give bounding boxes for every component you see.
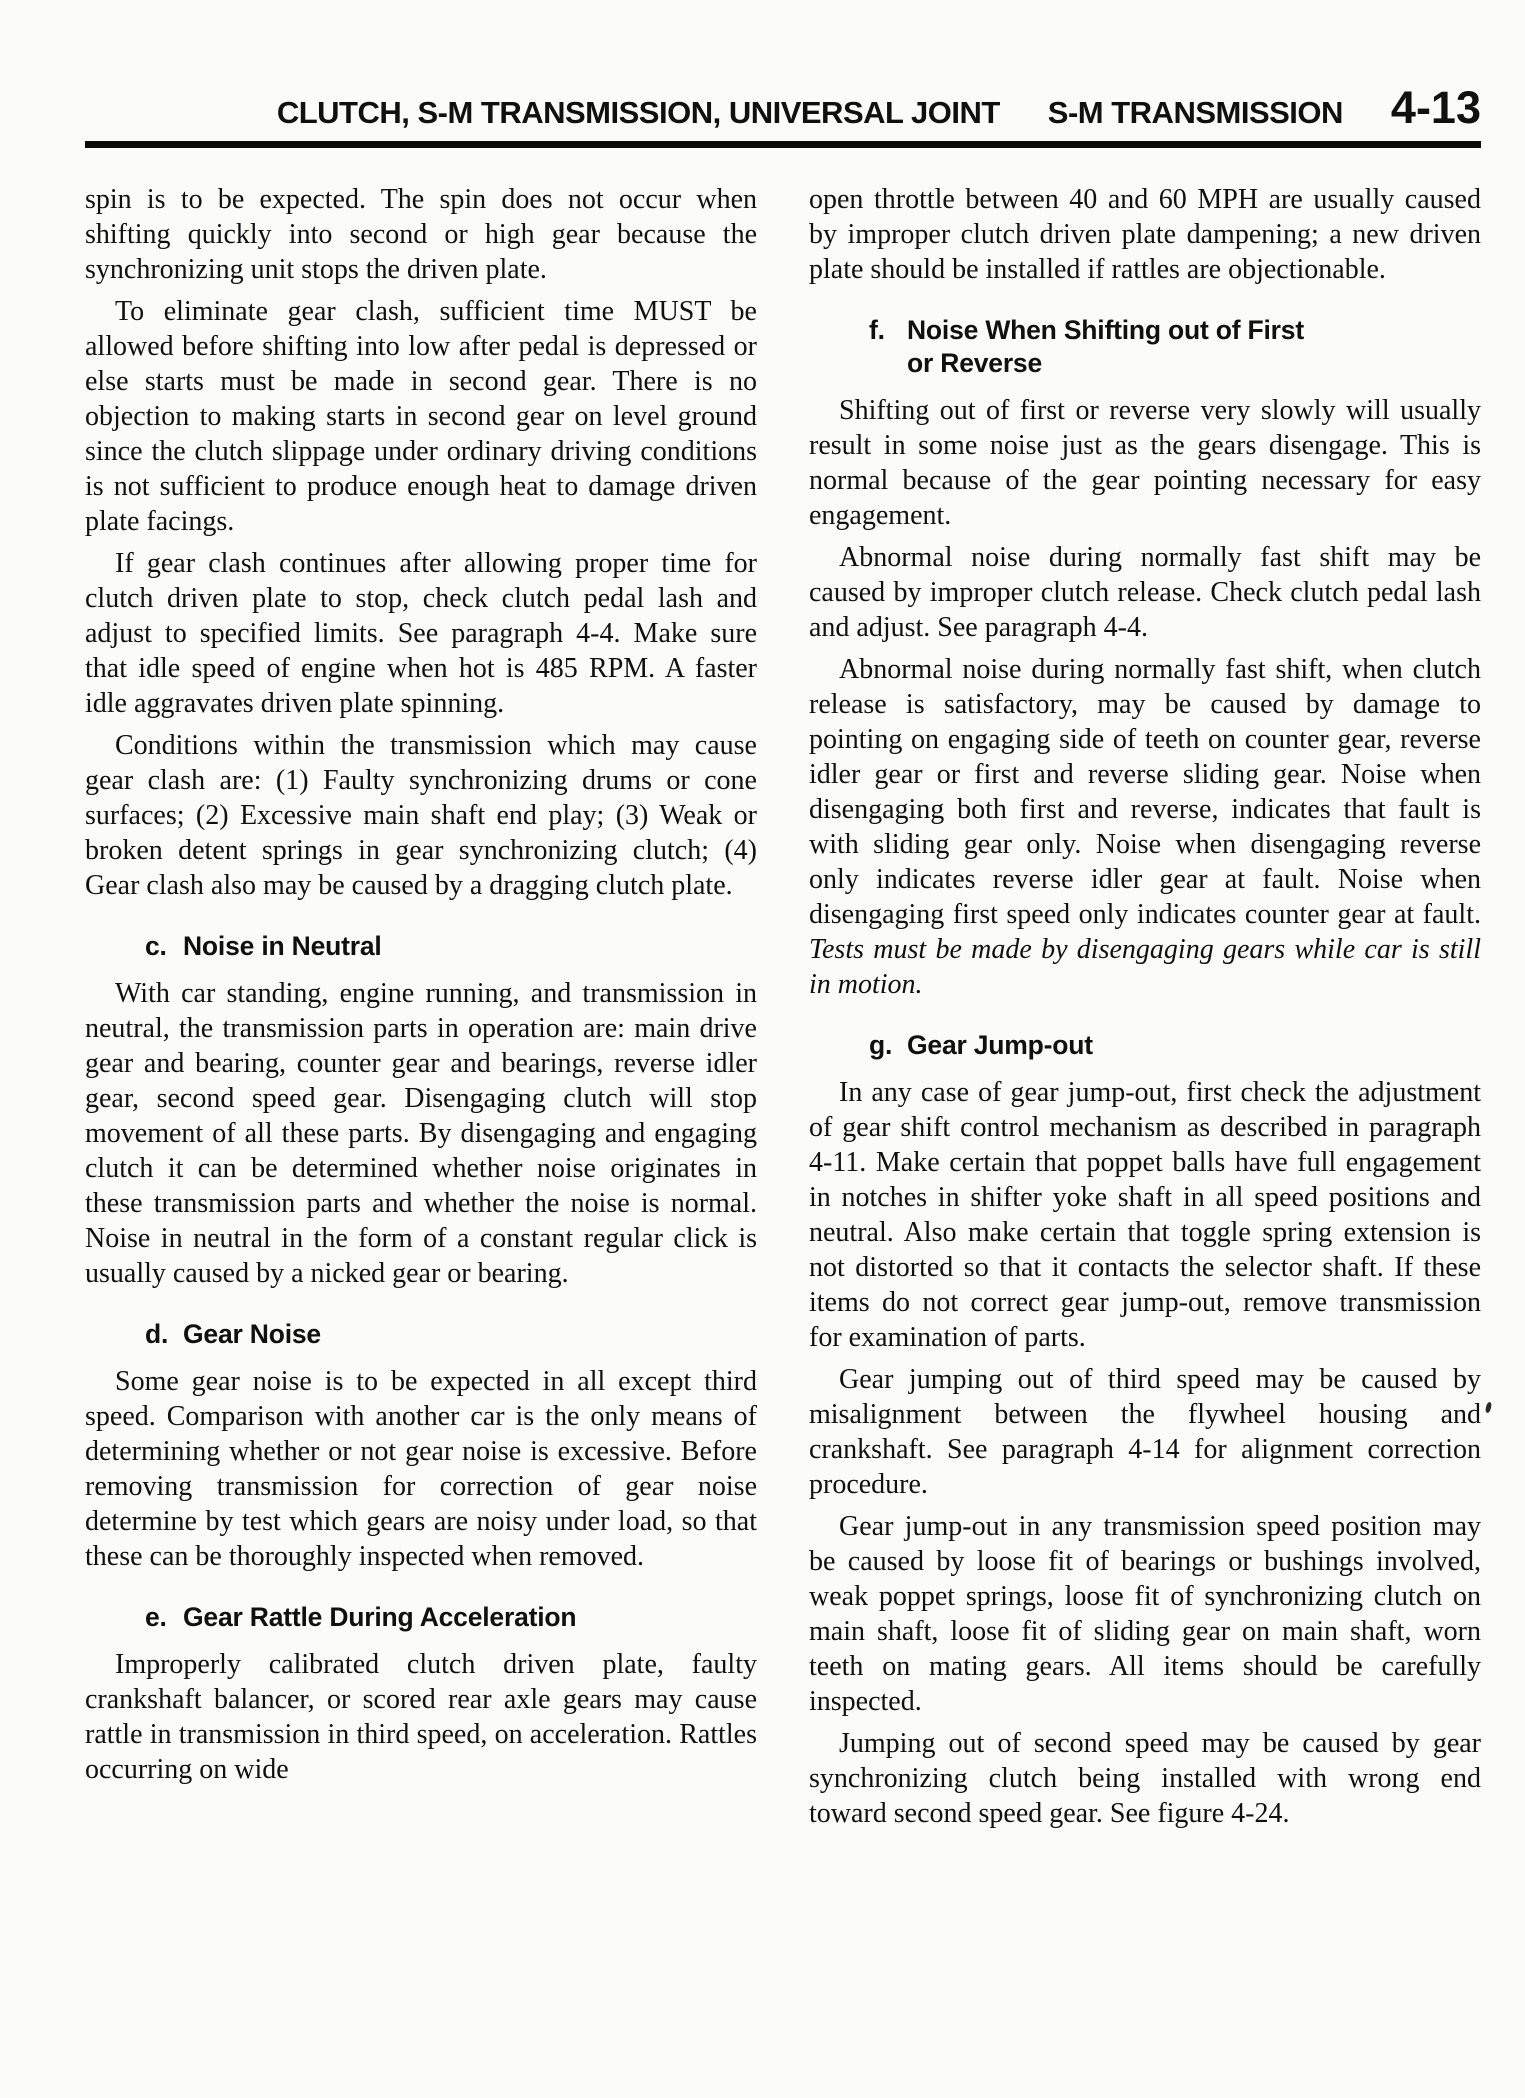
section-heading-gear-noise: d.Gear Noise xyxy=(85,1318,757,1351)
paragraph-abnormal-noise-2-text: Abnormal noise during normally fast shif… xyxy=(809,654,1481,930)
paragraph-abnormal-noise-2-italic: Tests must be made by disengaging gears … xyxy=(809,934,1481,1000)
section-heading-gear-rattle: e.Gear Rattle During Acceleration xyxy=(85,1601,757,1634)
paragraph-some-gear-noise: Some gear noise is to be expected in all… xyxy=(85,1364,757,1574)
paragraph-second-speed-jump-out: Jumping out of second speed may be cause… xyxy=(809,1726,1481,1831)
paragraph-third-speed-jump-out: Gear jumping out of third speed may be c… xyxy=(809,1362,1481,1502)
section-title: Gear Rattle During Acceleration xyxy=(183,1602,576,1632)
paragraph-abnormal-noise-2: Abnormal noise during normally fast shif… xyxy=(809,652,1481,1002)
paragraph-with-car-standing: With car standing, engine running, and t… xyxy=(85,976,757,1291)
header-chapter-title: CLUTCH, S-M TRANSMISSION, UNIVERSAL JOIN… xyxy=(277,95,1000,131)
page-header: CLUTCH, S-M TRANSMISSION, UNIVERSAL JOIN… xyxy=(85,82,1481,148)
right-column: open throttle between 40 and 60 MPH are … xyxy=(809,182,1481,1838)
section-heading-gear-jump-out: g.Gear Jump-out xyxy=(809,1029,1481,1062)
paragraph-any-speed-jump-out: Gear jump-out in any transmission speed … xyxy=(809,1509,1481,1719)
manual-page: CLUTCH, S-M TRANSMISSION, UNIVERSAL JOIN… xyxy=(0,0,1525,2098)
page-number: 4-13 xyxy=(1391,82,1481,134)
section-title-line2: or Reverse xyxy=(907,347,1481,380)
header-section-title: S-M TRANSMISSION xyxy=(1048,95,1343,131)
paragraph-any-case-jump-out: In any case of gear jump-out, first chec… xyxy=(809,1075,1481,1355)
paragraph-abnormal-noise-1: Abnormal noise during normally fast shif… xyxy=(809,540,1481,645)
paragraph-improperly-calibrated: Improperly calibrated clutch driven plat… xyxy=(85,1647,757,1787)
section-title-line1: Noise When Shifting out of First xyxy=(907,315,1304,345)
section-letter: e. xyxy=(145,1601,183,1634)
paragraph-open-throttle: open throttle between 40 and 60 MPH are … xyxy=(809,182,1481,287)
paragraph-conditions: Conditions within the transmission which… xyxy=(85,728,757,903)
section-heading-noise-in-neutral: c.Noise in Neutral xyxy=(85,930,757,963)
section-title: Gear Noise xyxy=(183,1319,321,1349)
left-column: spin is to be expected. The spin does no… xyxy=(85,182,757,1838)
header-rule xyxy=(85,141,1481,148)
page-body: spin is to be expected. The spin does no… xyxy=(85,182,1481,1838)
paragraph-spin: spin is to be expected. The spin does no… xyxy=(85,182,757,287)
paragraph-if-clash-continues: If gear clash continues after allowing p… xyxy=(85,546,757,721)
section-letter: d. xyxy=(145,1318,183,1351)
section-title: Gear Jump-out xyxy=(907,1030,1093,1060)
section-heading-noise-shifting-out: f.Noise When Shifting out of First or Re… xyxy=(809,314,1481,380)
paragraph-shifting-slowly: Shifting out of first or reverse very sl… xyxy=(809,393,1481,533)
section-letter: f. xyxy=(869,314,907,347)
scan-speck-artifact xyxy=(1485,1402,1493,1414)
section-letter: g. xyxy=(869,1029,907,1062)
section-letter: c. xyxy=(145,930,183,963)
section-title: Noise in Neutral xyxy=(183,931,382,961)
paragraph-eliminate-clash: To eliminate gear clash, sufficient time… xyxy=(85,294,757,539)
header-row: CLUTCH, S-M TRANSMISSION, UNIVERSAL JOIN… xyxy=(85,82,1481,134)
